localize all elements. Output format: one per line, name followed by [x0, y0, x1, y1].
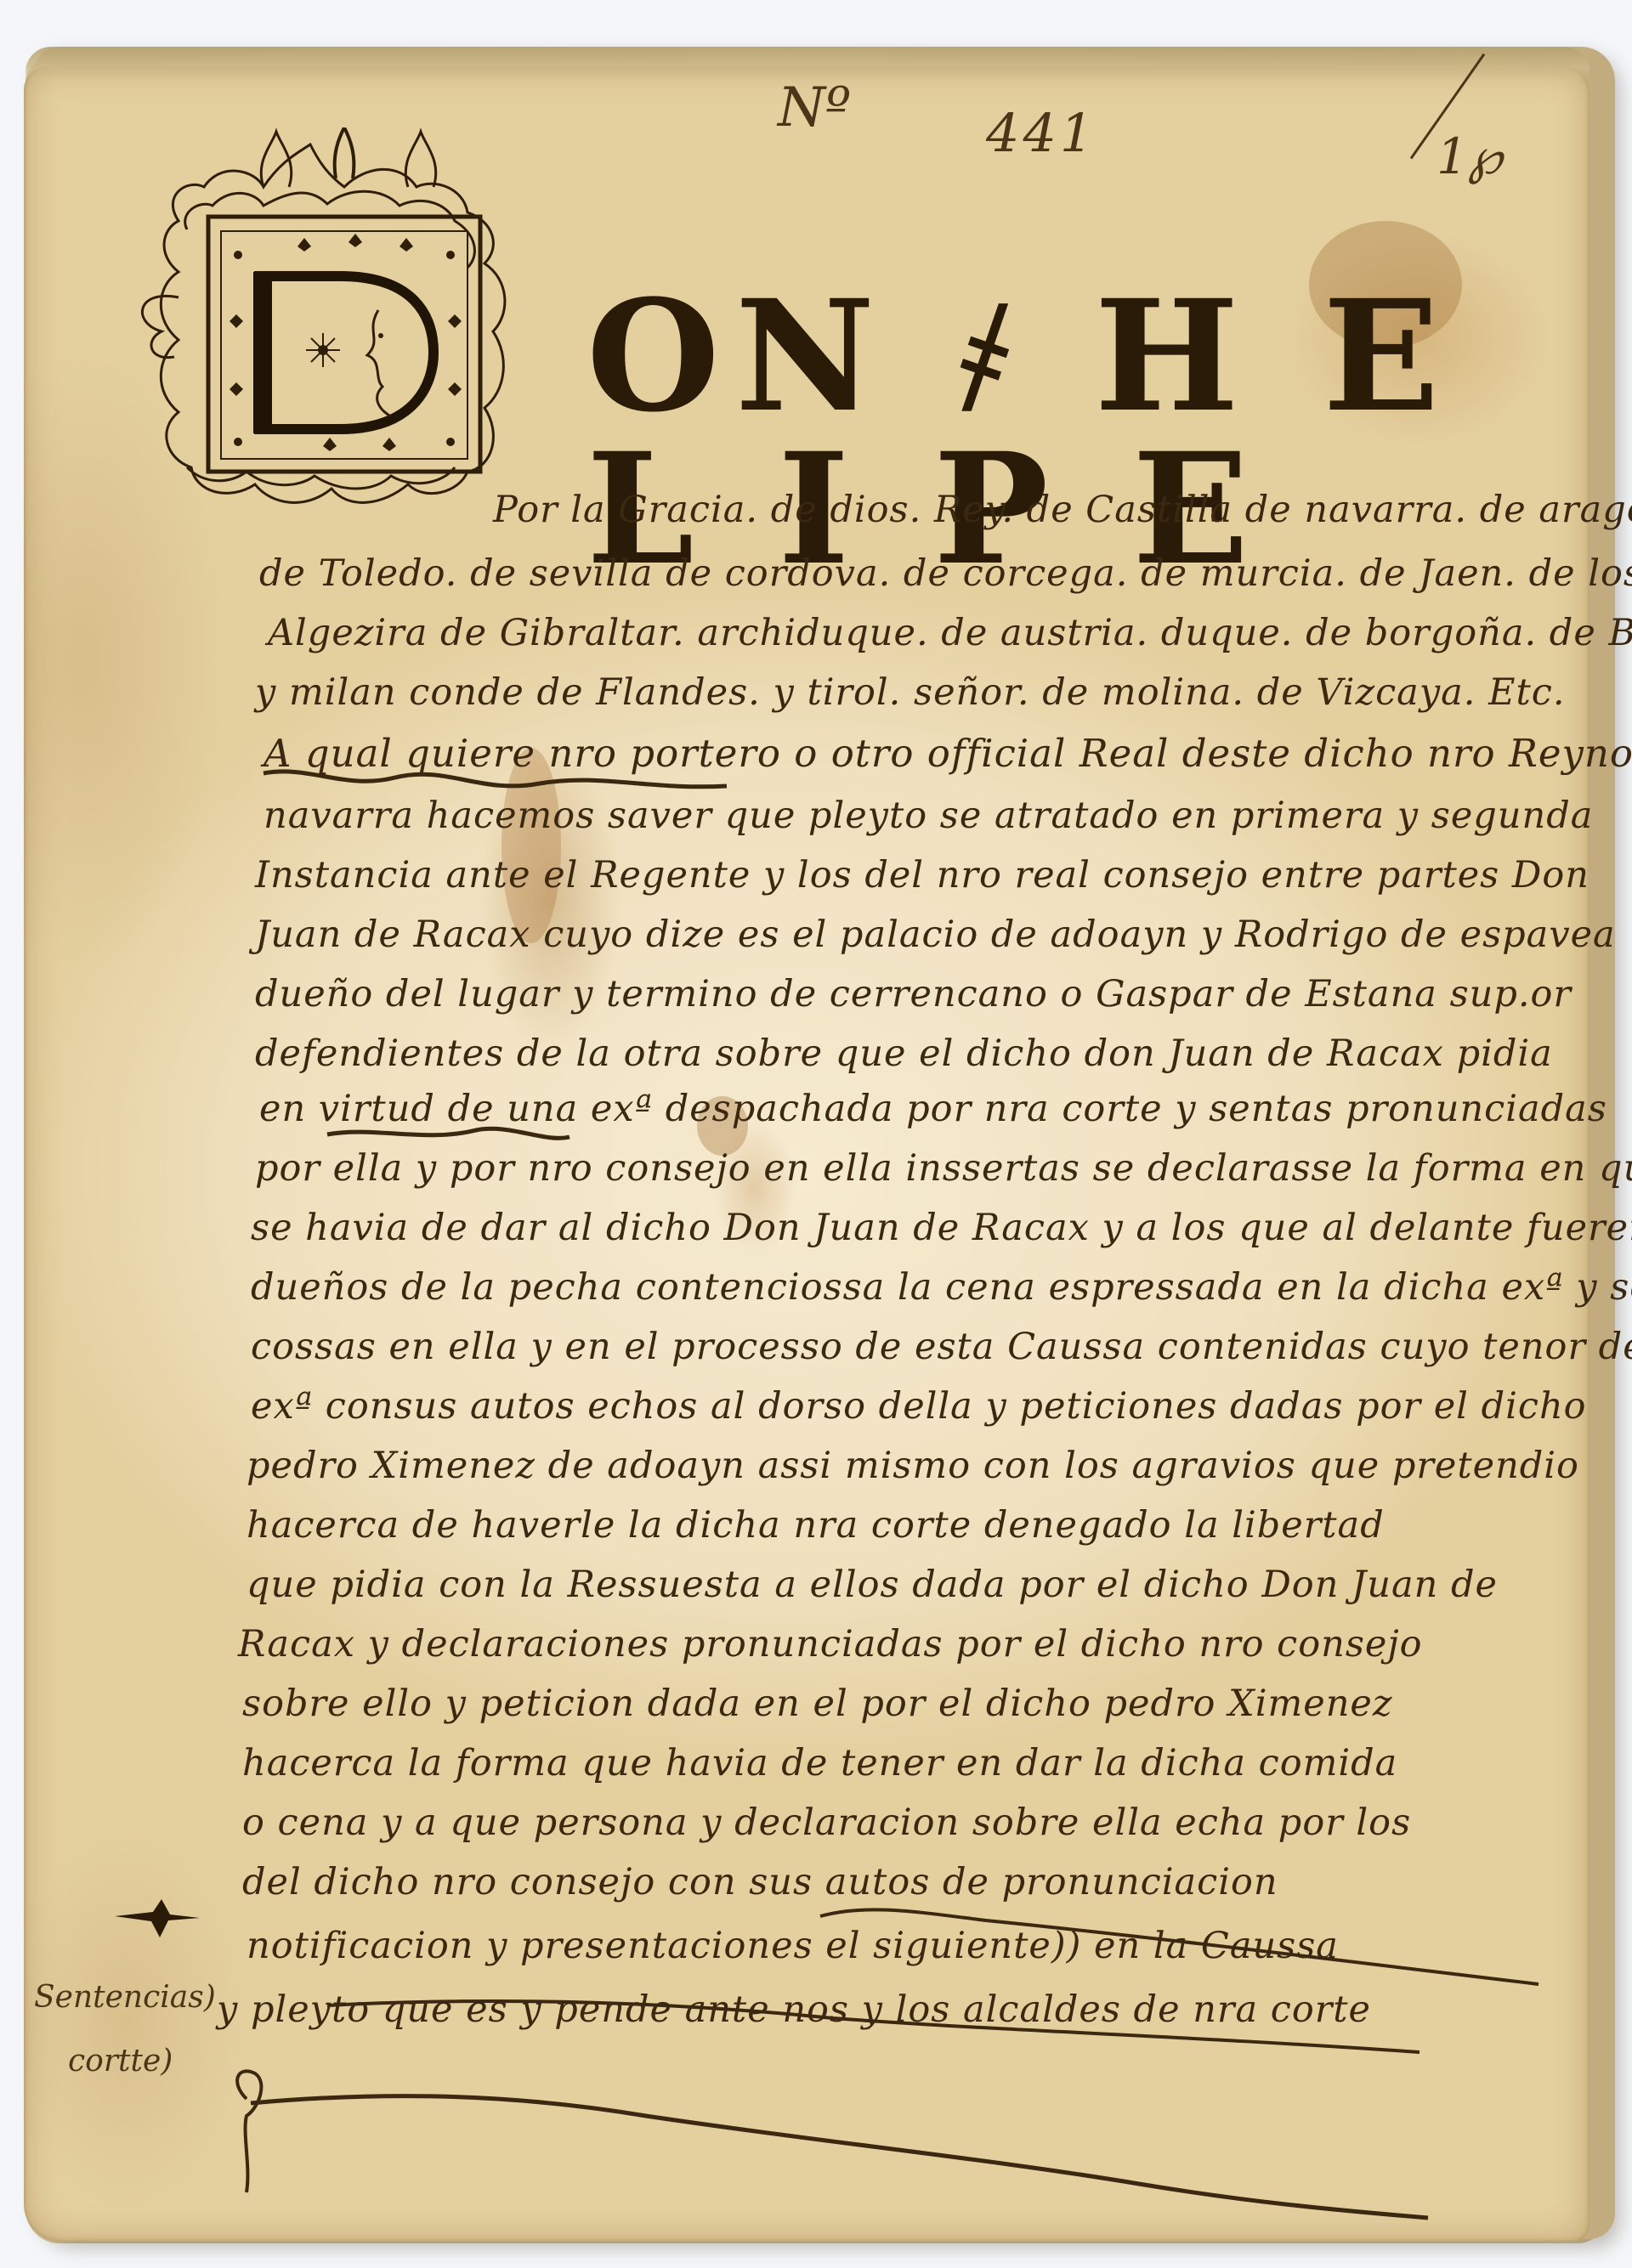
star-icon: [306, 333, 340, 367]
text-line: dueños de la pecha contenciossa la cena …: [251, 1266, 1632, 1309]
text-line: o cena y a que persona y declaracion sob…: [242, 1801, 1411, 1844]
page-top-edge: [25, 47, 1589, 81]
text-line: de Toledo. de sevilla de cordova. de cor…: [259, 552, 1632, 595]
folio-mark: Nº: [778, 76, 851, 139]
ornament-frame-icon: [127, 127, 552, 518]
text-line: pedro Ximenez de adoayn assi mismo con l…: [246, 1445, 1579, 1487]
text-line: y pleyto que es y pende ante nos y los a…: [217, 1988, 1371, 2031]
text-line: y milan conde de Flandes. y tirol. señor…: [255, 671, 1566, 714]
text-line: Instancia ante el Regente y los del nro …: [255, 854, 1589, 896]
text-line: Por la Gracia. de dios. Rey. de Castilla…: [493, 489, 1632, 531]
text-line: cossas en ella y en el processo de esta …: [251, 1326, 1632, 1368]
heading-title: ON ҂ H E L I P E: [586, 280, 1632, 586]
text-line: hacerca de haverle la dicha nra corte de…: [246, 1504, 1385, 1547]
text-line: hacerca la forma que havia de tener en d…: [242, 1742, 1397, 1784]
text-line: Racax y declaraciones pronunciadas por e…: [238, 1623, 1423, 1666]
decorated-initial: [127, 127, 552, 518]
text-line: sobre ello y peticion dada en el por el …: [242, 1683, 1393, 1725]
text-line: que pidia con la Ressuesta a ellos dada …: [246, 1564, 1498, 1606]
margin-note: Sentencias): [34, 1980, 216, 2015]
margin-note: cortte): [68, 2044, 173, 2079]
text-line: por ella y por nro consejo en ella insse…: [255, 1147, 1632, 1190]
corner-mark: 1℘: [1436, 127, 1502, 185]
folio-number: 441: [986, 102, 1096, 164]
underline-flourish: [259, 765, 735, 799]
text-line: del dicho nro consejo con sus autos de p…: [242, 1861, 1278, 1903]
text-line: exª consus autos echos al dorso della y …: [251, 1385, 1587, 1428]
text-line: defendientes de la otra sobre que el dic…: [255, 1032, 1553, 1075]
heading-text: ON ҂ H E L I P E: [586, 267, 1454, 599]
text-line: dueño del lugar y termino de cerrencano …: [255, 973, 1572, 1015]
text-line: navarra hacemos saver que pleyto se atra…: [263, 795, 1593, 837]
closing-flourish: [221, 2056, 1496, 2226]
ink-blot-icon: [110, 1891, 204, 1942]
text-line: notificacion y presentaciones el siguien…: [246, 1925, 1339, 1967]
text-line: Algezira de Gibraltar. archiduque. de au…: [268, 612, 1632, 654]
text-line: se havia de dar al dicho Don Juan de Rac…: [251, 1207, 1632, 1249]
text-line: Juan de Racax cuyo dize es el palacio de…: [255, 913, 1616, 956]
